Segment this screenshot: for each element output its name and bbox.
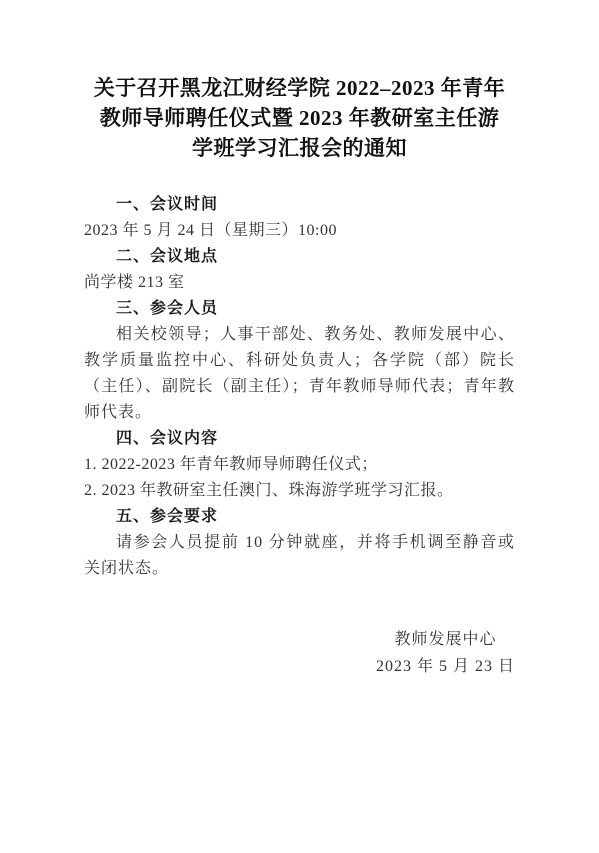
signature-organization: 教师发展中心 (376, 626, 515, 653)
requirements-paragraph: 请参会人员提前 10 分钟就座，并将手机调至静音或关闭状态。 (84, 530, 515, 582)
section-heading-meeting-location: 二、会议地点 (84, 244, 515, 270)
title-line-1: 关于召开黑龙江财经学院 2022–2023 年青年 (84, 73, 515, 103)
document-title: 关于召开黑龙江财经学院 2022–2023 年青年 教师导师聘任仪式暨 2023… (84, 73, 515, 163)
agenda-item-2: 2. 2023 年教研室主任澳门、珠海游学班学习汇报。 (84, 478, 515, 504)
document-page: 关于召开黑龙江财经学院 2022–2023 年青年 教师导师聘任仪式暨 2023… (0, 0, 599, 853)
meeting-time-line: 2023 年 5 月 24 日（星期三）10:00 (84, 218, 515, 244)
document-body: 一、会议时间 2023 年 5 月 24 日（星期三）10:00 二、会议地点 … (84, 192, 515, 582)
meeting-location-line: 尚学楼 213 室 (84, 270, 515, 296)
signature-date: 2023 年 5 月 23 日 (376, 653, 515, 680)
title-line-2: 教师导师聘任仪式暨 2023 年教研室主任游 (84, 103, 515, 133)
attendees-paragraph: 相关校领导；人事干部处、教务处、教师发展中心、教学质量监控中心、科研处负责人；各… (84, 322, 515, 426)
title-line-3: 学班学习汇报会的通知 (84, 133, 515, 163)
section-heading-meeting-time: 一、会议时间 (84, 192, 515, 218)
agenda-item-1: 1. 2022-2023 年青年教师导师聘任仪式； (84, 452, 515, 478)
section-heading-agenda: 四、会议内容 (84, 426, 515, 452)
section-heading-requirements: 五、参会要求 (84, 504, 515, 530)
signature-block: 教师发展中心 2023 年 5 月 23 日 (376, 626, 515, 680)
section-heading-attendees: 三、参会人员 (84, 296, 515, 322)
